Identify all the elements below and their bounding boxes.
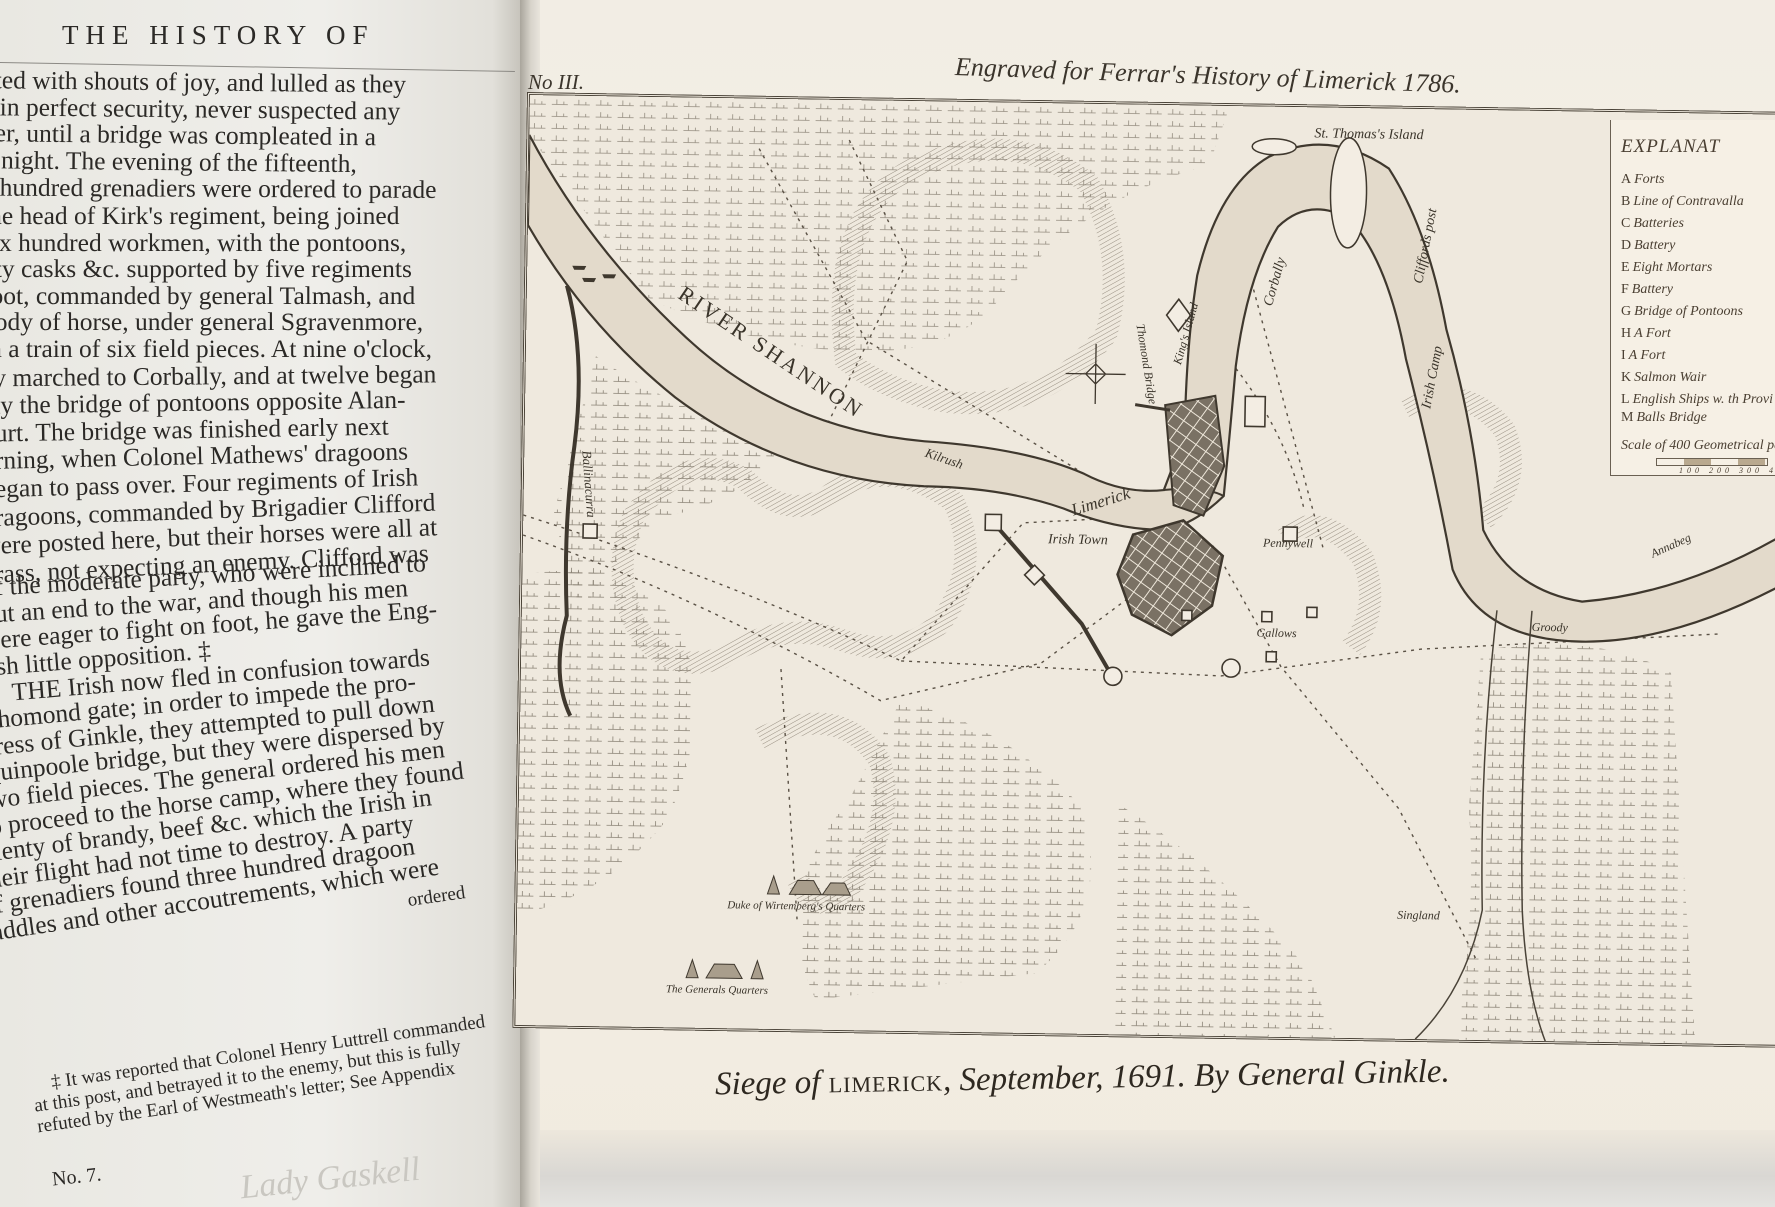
map-legend: EXPLANAT AForts BLine of Contravalla CBa… bbox=[1610, 120, 1775, 476]
scale-label: Scale of 400 Geometrical pa bbox=[1621, 438, 1775, 454]
caption-prefix: Siege of bbox=[715, 1064, 829, 1102]
footnote: ‡ It was reported that Colonel Henry Lut… bbox=[30, 1003, 535, 1138]
legend-item: EEight Mortars bbox=[1621, 260, 1712, 276]
label-gallows: Gallows bbox=[1256, 626, 1297, 641]
map-engraving: RIVER SHANNON Kilrush Limerick Irish Tow… bbox=[515, 95, 1775, 1045]
legend-title: EXPLANAT bbox=[1621, 136, 1720, 158]
label-annabeg: Annabeg bbox=[1647, 530, 1693, 561]
legend-item: MBalls Bridge bbox=[1621, 410, 1707, 426]
legend-item: LEnglish Ships w. th Provi bbox=[1621, 392, 1773, 408]
caption-suffix: , September, 1691. By General Ginkle. bbox=[943, 1054, 1450, 1099]
scale-ticks: 100 200 300 400 bbox=[1679, 466, 1775, 475]
label-corbally: Corbally bbox=[1261, 255, 1289, 308]
label-singland: Singland bbox=[1397, 908, 1441, 923]
legend-item: FBattery bbox=[1621, 282, 1673, 298]
legend-item: CBatteries bbox=[1621, 216, 1684, 232]
signature-mark: No. 7. bbox=[51, 1163, 103, 1191]
legend-item: BLine of Contravalla bbox=[1621, 194, 1744, 210]
page-edge-shadow bbox=[540, 1130, 1775, 1207]
label-st-thomas-island: St. Thomas's Island bbox=[1314, 126, 1424, 143]
legend-item: AForts bbox=[1621, 172, 1664, 188]
text-line: the head of Kirk's regiment, being joine… bbox=[0, 203, 522, 230]
caption-city: LIMERICK bbox=[828, 1070, 943, 1097]
text-line: e hundred grenadiers were ordered to par… bbox=[0, 175, 522, 204]
legend-item: HA Fort bbox=[1621, 326, 1671, 342]
label-groody: Groody bbox=[1532, 620, 1569, 635]
pencil-inscription: Lady Gaskell bbox=[239, 1151, 422, 1207]
label-generals-quarters: The Generals Quarters bbox=[666, 983, 768, 997]
text-line: pty casks &c. supported by five regiment… bbox=[0, 256, 522, 283]
left-book-page: THE HISTORY OF nted with shouts of joy, … bbox=[0, 0, 535, 1207]
legend-item: IA Fort bbox=[1621, 348, 1665, 364]
body-text: nted with shouts of joy, and lulled as t… bbox=[0, 70, 522, 974]
label-irish-town: Irish Town bbox=[1047, 532, 1108, 548]
text-line: six hundred workmen, with the pontoons, bbox=[0, 230, 522, 257]
label-thomond-bridge: Thomond Bridge bbox=[1133, 323, 1160, 406]
text-line: th a train of six field pieces. At nine … bbox=[0, 336, 522, 363]
text-line: foot, commanded by general Talmash, and bbox=[0, 283, 522, 310]
scale-bar bbox=[1656, 458, 1768, 466]
label-pennywell: Pennywell bbox=[1262, 536, 1314, 551]
map-plate: RIVER SHANNON Kilrush Limerick Irish Tow… bbox=[512, 92, 1775, 1048]
text-line: body of horse, under general Sgravenmore… bbox=[0, 309, 522, 336]
legend-item: DBattery bbox=[1621, 238, 1675, 254]
running-head: THE HISTORY OF bbox=[62, 20, 375, 51]
label-wirtemberg-quarters: Duke of Wirtemberg's Quarters bbox=[726, 899, 865, 913]
legend-item: GBridge of Pontoons bbox=[1621, 304, 1743, 320]
legend-item: KSalmon Wair bbox=[1621, 370, 1706, 386]
